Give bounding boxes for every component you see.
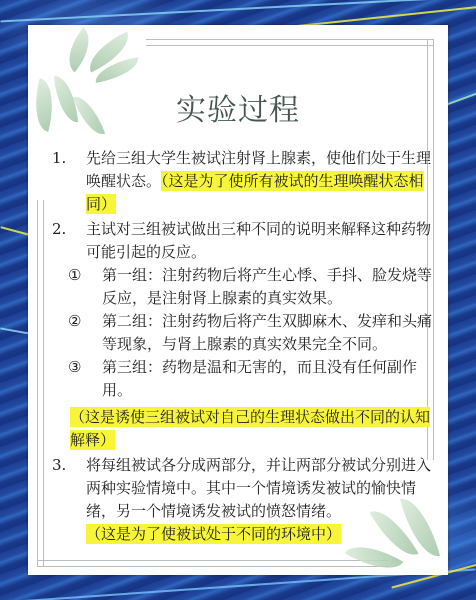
group-text: 第二组：注射药物后将产生双脚麻木、发痒和头痛等现象，与肾上腺素的真实效果完全不同…	[102, 312, 432, 353]
step-number: 2.	[52, 218, 66, 241]
group-marker: ①	[68, 264, 81, 287]
frame-border-top	[146, 39, 434, 46]
step-1: 1. 先给三组大学生被试注射肾上腺素，使他们处于生理唤醒状态。（这是为了使所有被…	[48, 147, 433, 216]
frame-border-bottom	[37, 560, 388, 567]
content-card: 实验过程 1. 先给三组大学生被试注射肾上腺素，使他们处于生理唤醒状态。（这是为…	[28, 25, 448, 575]
group-marker: ③	[68, 356, 81, 379]
group-text: 第三组：药物是温和无害的，而且没有任何副作用。	[102, 358, 417, 399]
step-2: 2. 主试对三组被试做出三种不同的说明来解释这种药物可能引起的反应。	[48, 218, 433, 264]
background-swirl-line	[0, 0, 475, 22]
group-1: ① 第一组：注射药物后将产生心悸、手抖、脸发烧等反应，是注射肾上腺素的真实效果。	[68, 264, 433, 310]
step-number: 3.	[52, 454, 66, 477]
group-text: 第一组：注射药物后将产生心悸、手抖、脸发烧等反应，是注射肾上腺素的真实效果。	[102, 266, 432, 307]
frame-border-left	[37, 200, 44, 567]
step-2-note: （这是诱使三组被试对自己的生理状态做出不同的认知解释）	[48, 406, 433, 452]
step-3: 3. 将每组被试各分成两部分，并让两部分被试分别进入两种实验情境中。其中一个情境…	[48, 454, 433, 546]
page-title: 实验过程	[28, 85, 448, 129]
step-text: 将每组被试各分成两部分，并让两部分被试分别进入两种实验情境中。其中一个情境诱发被…	[86, 456, 431, 520]
step-number: 1.	[52, 147, 66, 170]
group-2: ② 第二组：注射药物后将产生双脚麻木、发痒和头痛等现象，与肾上腺素的真实效果完全…	[68, 310, 433, 356]
step-note-highlight: （这是为了使被试处于不同的环境中）	[86, 524, 341, 544]
step-text: 主试对三组被试做出三种不同的说明来解释这种药物可能引起的反应。	[86, 220, 431, 261]
group-marker: ②	[68, 310, 81, 333]
step-note-highlight: （这是诱使三组被试对自己的生理状态做出不同的认知解释）	[70, 407, 430, 450]
background-swirl-line	[0, 226, 29, 236]
background-swirl-line	[0, 327, 30, 334]
group-3: ③ 第三组：药物是温和无害的，而且没有任何副作用。	[68, 356, 433, 402]
experiment-steps: 1. 先给三组大学生被试注射肾上腺素，使他们处于生理唤醒状态。（这是为了使所有被…	[48, 147, 433, 546]
